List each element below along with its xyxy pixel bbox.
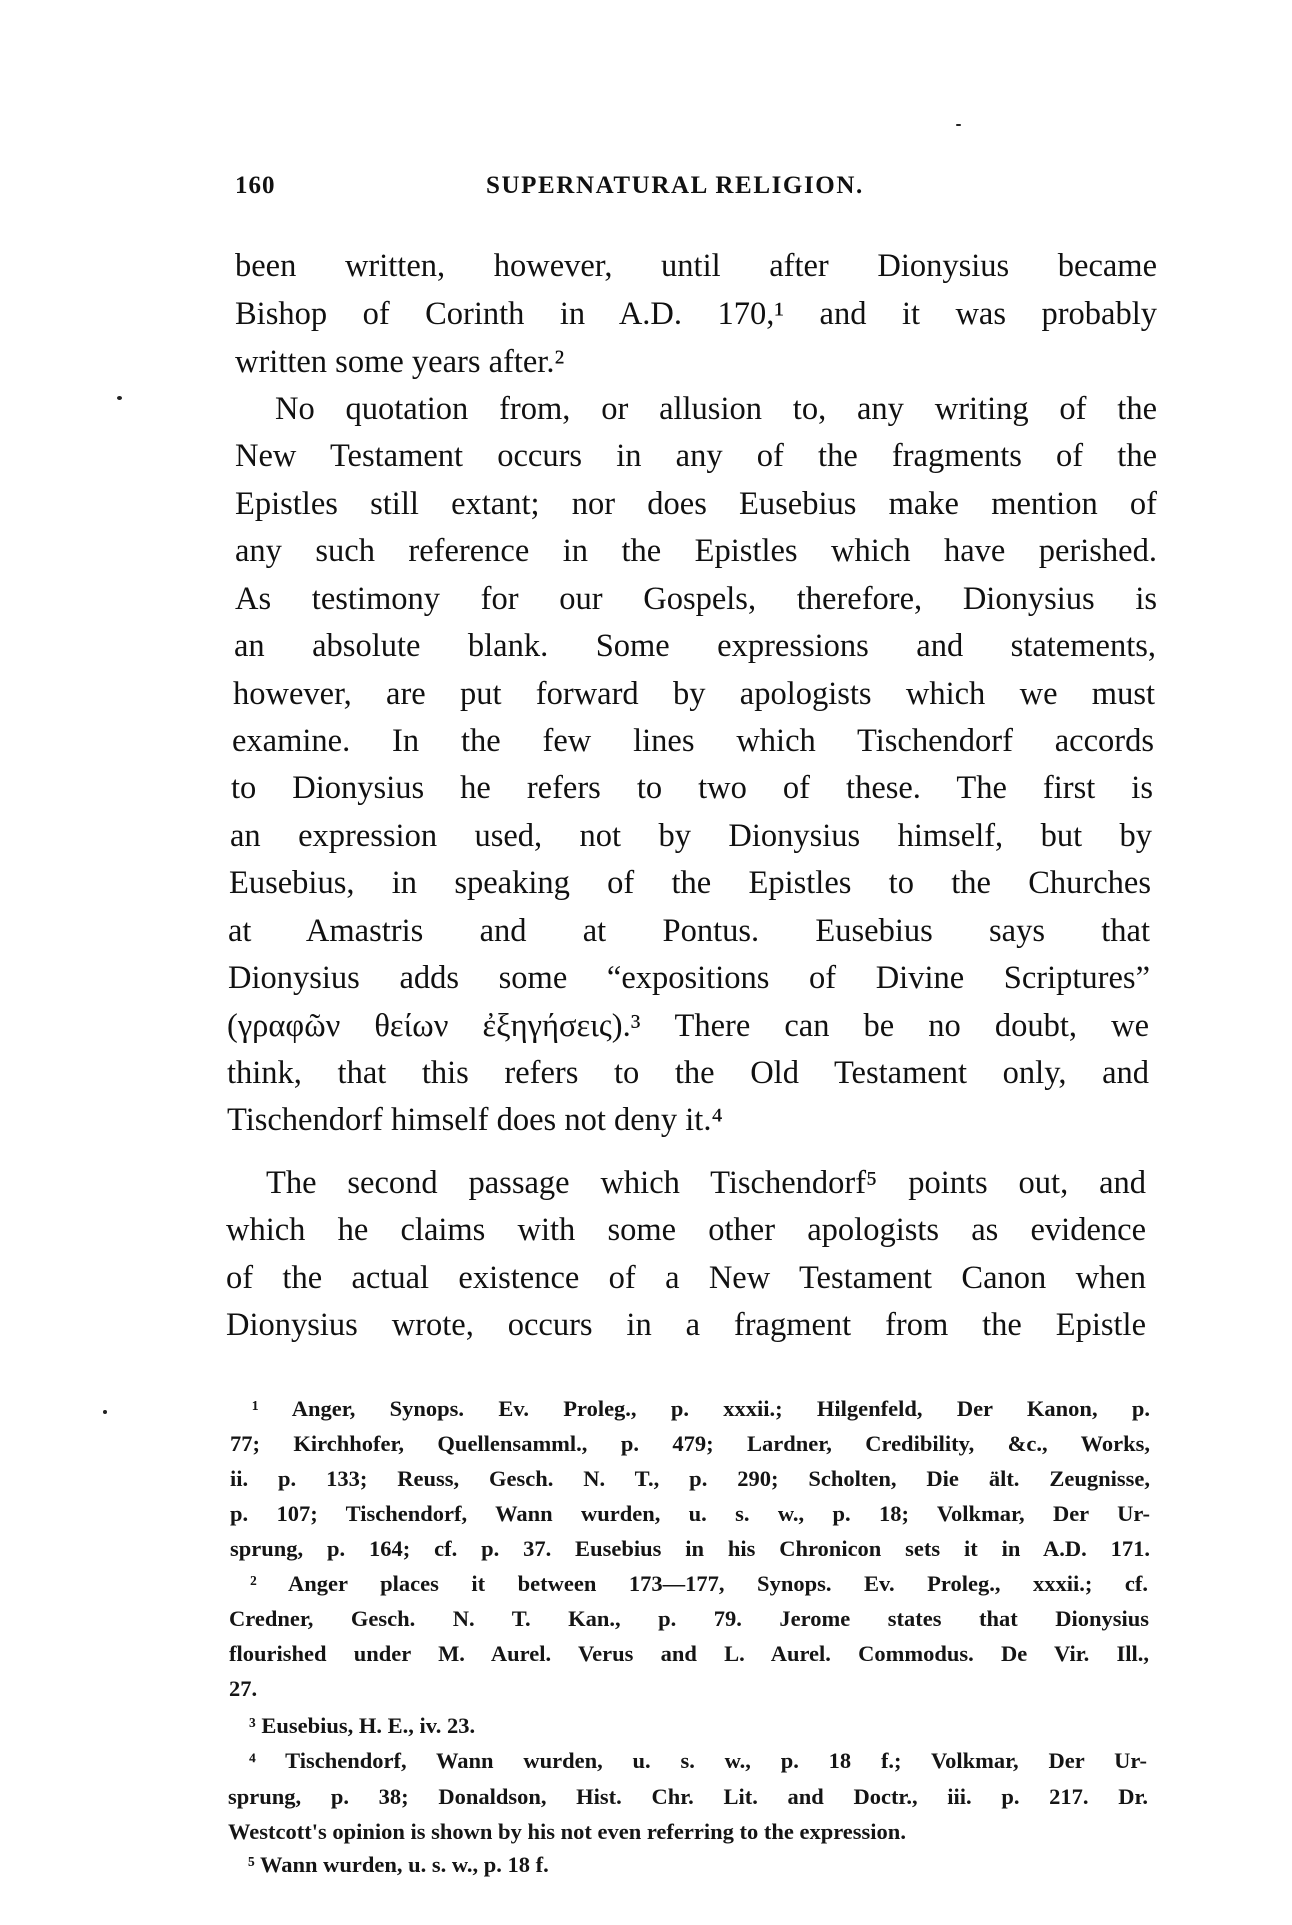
- body-line: examine. In the few lines which Tischend…: [232, 721, 1154, 761]
- body-line: however, are put forward by apologists w…: [233, 674, 1155, 714]
- footnote-line: ³ Eusebius, H. E., iv. 23.: [249, 1711, 1147, 1741]
- footnote-line: 77; Kirchhofer, Quellensamml., p. 479; L…: [230, 1429, 1150, 1459]
- body-line: As testimony for our Gospels, therefore,…: [235, 579, 1157, 619]
- body-line: Epistles still extant; nor does Eusebius…: [235, 484, 1157, 524]
- footnote-line: ² Anger places it between 173—177, Synop…: [250, 1569, 1148, 1599]
- body-line: think, that this refers to the Old Testa…: [227, 1053, 1149, 1093]
- body-line: The second passage which Tischendorf⁵ po…: [266, 1163, 1146, 1203]
- footnote-line: 27.: [229, 1674, 1149, 1704]
- body-line: Bishop of Corinth in A.D. 170,¹ and it w…: [235, 294, 1157, 334]
- body-line: any such reference in the Epistles which…: [235, 531, 1157, 571]
- footnote-line: sprung, p. 38; Donaldson, Hist. Chr. Lit…: [228, 1782, 1148, 1812]
- body-line: Tischendorf himself does not deny it.⁴: [227, 1100, 1149, 1140]
- scan-speck: [103, 1410, 107, 1414]
- body-line: at Amastris and at Pontus. Eusebius says…: [228, 911, 1150, 951]
- footnote-line: ii. p. 133; Reuss, Gesch. N. T., p. 290;…: [230, 1464, 1150, 1494]
- footnote-line: ⁵ Wann wurden, u. s. w., p. 18 f.: [248, 1850, 848, 1880]
- footnote-line: sprung, p. 164; cf. p. 37. Eusebius in h…: [230, 1534, 1150, 1564]
- body-line: which he claims with some other apologis…: [226, 1210, 1146, 1250]
- running-title: SUPERNATURAL RELIGION.: [486, 172, 864, 200]
- footnote-line: ⁴ Tischendorf, Wann wurden, u. s. w., p.…: [249, 1746, 1147, 1776]
- page-number: 160: [235, 172, 276, 200]
- running-header: 160 SUPERNATURAL RELIGION.: [235, 172, 1157, 206]
- footnote-line: ¹ Anger, Synops. Ev. Proleg., p. xxxii.;…: [252, 1394, 1150, 1424]
- body-line: No quotation from, or allusion to, any w…: [275, 389, 1157, 429]
- footnote-line: p. 107; Tischendorf, Wann wurden, u. s. …: [230, 1499, 1150, 1529]
- body-line: an expression used, not by Dionysius him…: [230, 816, 1152, 856]
- body-line: to Dionysius he refers to two of these. …: [231, 768, 1153, 808]
- footnote-line: Credner, Gesch. N. T. Kan., p. 79. Jerom…: [229, 1604, 1149, 1634]
- body-line: an absolute blank. Some expressions and …: [234, 626, 1156, 666]
- body-line: of the actual existence of a New Testame…: [226, 1258, 1146, 1298]
- body-line: (γραφῶν θείων ἐξηγήσεις).³ There can be …: [227, 1006, 1149, 1046]
- body-line: Eusebius, in speaking of the Epistles to…: [229, 863, 1151, 903]
- scan-speck: [956, 124, 961, 126]
- body-line: Dionysius wrote, occurs in a fragment fr…: [226, 1305, 1146, 1345]
- scan-speck: [117, 396, 122, 400]
- body-line: been written, however, until after Diony…: [235, 246, 1157, 286]
- body-line: Dionysius adds some “expositions of Divi…: [228, 958, 1150, 998]
- footnote-line: Westcott's opinion is shown by his not e…: [228, 1817, 1148, 1847]
- body-line: written some years after.²: [235, 342, 1157, 382]
- footnote-line: flourished under M. Aurel. Verus and L. …: [229, 1639, 1149, 1669]
- body-line: New Testament occurs in any of the fragm…: [235, 436, 1157, 476]
- book-page: 160 SUPERNATURAL RELIGION. been written,…: [0, 0, 1292, 1925]
